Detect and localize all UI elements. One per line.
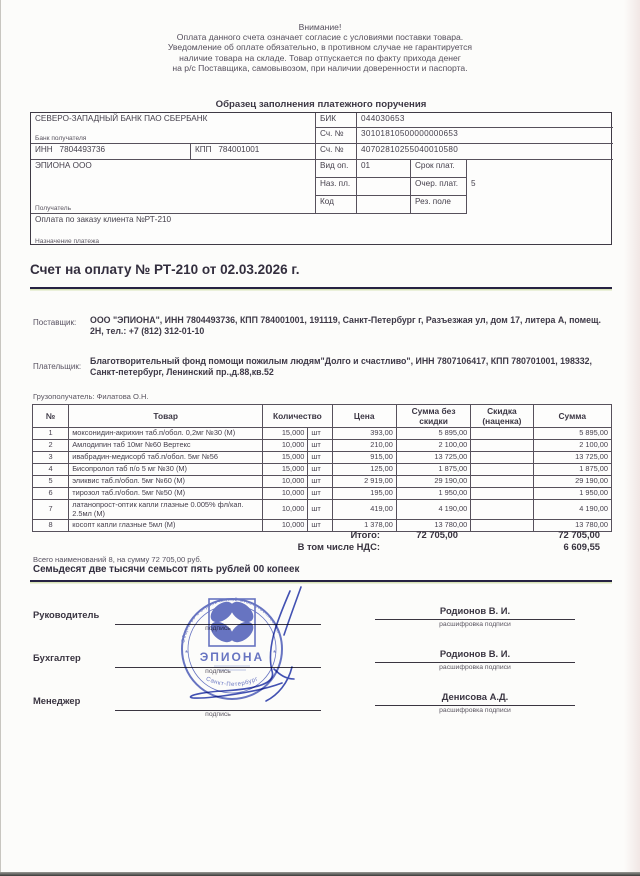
- cell-sum-no-discount: 1 950,00: [396, 488, 470, 500]
- naz-pl-label: Наз. пл.: [316, 178, 357, 196]
- cell-sum: 4 190,00: [533, 500, 611, 520]
- ocher-plat-label: Очер. плат.: [411, 178, 467, 196]
- cell-num: 4: [33, 464, 69, 476]
- vat-label: В том числе НДС:: [32, 541, 380, 553]
- cell-discount: [471, 488, 533, 500]
- signature-name-caption: расшифровка подписи: [375, 620, 575, 628]
- payee-caption: Получатель: [35, 205, 71, 212]
- cell-price: 419,00: [332, 500, 396, 520]
- corr-account-value: 30101810500000000653: [357, 128, 613, 144]
- table-row: 5эликвис таб.п/обол. 5мг №60 (М)10,000шт…: [33, 476, 612, 488]
- cell-num: 6: [33, 488, 69, 500]
- cell-num: 1: [33, 428, 69, 440]
- cell-name: тирозол таб.п/обол. 5мг №50 (М): [69, 488, 263, 500]
- cell-qty: 10,000: [263, 476, 308, 488]
- total-value: 72 705,00: [380, 529, 458, 541]
- signature-name-block: Денисова А.Д.расшифровка подписи: [375, 691, 575, 714]
- supplier-text: ООО "ЭПИОНА", ИНН 7804493736, КПП 784001…: [90, 315, 605, 337]
- amount-in-words: Семьдесят две тысячи семьсот пять рублей…: [33, 564, 299, 575]
- payee-name: ЭПИОНА ООО: [35, 161, 92, 170]
- cell-price: 915,00: [332, 452, 396, 464]
- header-name: Товар: [69, 405, 263, 428]
- payment-order-table: СЕВЕРО-ЗАПАДНЫЙ БАНК ПАО СБЕРБАНК Банк п…: [30, 112, 612, 245]
- cell-name: ивабрадин-медисорб таб.п/обол. 5мг №56: [69, 452, 263, 464]
- cell-price: 210,00: [332, 440, 396, 452]
- bank-name: СЕВЕРО-ЗАПАДНЫЙ БАНК ПАО СБЕРБАНК: [35, 114, 207, 123]
- vat-row: В том числе НДС: 6 609,55: [32, 541, 612, 553]
- srok-plat-label: Срок плат.: [411, 160, 467, 178]
- signature-name: Родионов В. И.: [375, 605, 575, 620]
- cell-price: 195,00: [332, 488, 396, 500]
- signature-name: Денисова А.Д.: [375, 691, 575, 706]
- warning-line: на р/с Поставщика, самовывозом, при нали…: [85, 63, 555, 73]
- cell-sum: 1 875,00: [533, 464, 611, 476]
- table-row: 4Бисопролол таб п/о 5 мг №30 (М)15,000шт…: [33, 464, 612, 476]
- cell-qty: 10,000: [263, 488, 308, 500]
- bik-label: БИК: [316, 113, 357, 128]
- cell-price: 393,00: [332, 428, 396, 440]
- cell-name: латанопрост-оптик капли глазные 0.005% ф…: [69, 500, 263, 520]
- rez-pole-value: [467, 196, 613, 214]
- vat-value: 6 609,55: [458, 541, 612, 553]
- account-label: Сч. №: [316, 144, 357, 160]
- totals-block: Итого: 72 705,00 72 705,00 В том числе Н…: [32, 529, 612, 553]
- items-header-row: № Товар Количество Цена Сумма без скидки…: [33, 405, 612, 428]
- vid-op-value: 01: [357, 160, 411, 178]
- cell-unit: шт: [308, 488, 332, 500]
- cell-qty: 10,000: [263, 500, 308, 520]
- inn-value: 7804493736: [60, 145, 106, 154]
- table-row: 2Амлодипин таб 10мг №60 Вертекс10,000шт2…: [33, 440, 612, 452]
- ocher-plat-value: 5: [467, 178, 613, 196]
- bank-caption: Банк получателя: [35, 135, 86, 142]
- bank-name-cell: СЕВЕРО-ЗАПАДНЫЙ БАНК ПАО СБЕРБАНК Банк п…: [31, 113, 316, 144]
- cell-qty: 15,000: [263, 452, 308, 464]
- invoice-title: Счет на оплату № РТ-210 от 02.03.2026 г.: [30, 262, 612, 277]
- scan-edge-right: [624, 0, 640, 876]
- signature-role: Руководитель: [33, 609, 99, 620]
- header-sum: Сумма: [533, 405, 611, 428]
- naz-pl-value: [357, 178, 411, 196]
- cell-sum-no-discount: 4 190,00: [396, 500, 470, 520]
- inn-label: ИНН: [35, 145, 53, 154]
- cell-unit: шт: [308, 464, 332, 476]
- inn-cell: ИНН 7804493736: [31, 144, 191, 160]
- bik-value: 044030653: [357, 113, 613, 128]
- cell-num: 5: [33, 476, 69, 488]
- cell-sum-no-discount: 1 875,00: [396, 464, 470, 476]
- scan-edge-bottom: [0, 872, 640, 876]
- cell-name: Амлодипин таб 10мг №60 Вертекс: [69, 440, 263, 452]
- cell-name: эликвис таб.п/обол. 5мг №60 (М): [69, 476, 263, 488]
- signature-name-caption: расшифровка подписи: [375, 663, 575, 671]
- cell-unit: шт: [308, 428, 332, 440]
- items-tbody: 1моксонидин-акрихин таб.п/обол. 0,2мг №3…: [33, 428, 612, 532]
- footer-rule: [30, 580, 612, 582]
- signature-role: Бухгалтер: [33, 652, 81, 663]
- title-rule: [30, 287, 612, 289]
- cell-unit: шт: [308, 476, 332, 488]
- payer-text: Благотворительный фонд помощи пожилым лю…: [90, 356, 605, 378]
- cell-name: Бисопролол таб п/о 5 мг №30 (М): [69, 464, 263, 476]
- payer-label: Плательщик:: [33, 362, 89, 371]
- srok-plat-value: [467, 160, 613, 178]
- kod-value: [357, 196, 411, 214]
- cell-sum: 5 895,00: [533, 428, 611, 440]
- purpose-caption: Назначение платежа: [35, 238, 99, 245]
- cell-qty: 10,000: [263, 440, 308, 452]
- warning-title: Внимание!: [85, 22, 555, 32]
- purpose-cell: Оплата по заказу клиента №РТ-210 Назначе…: [31, 214, 613, 246]
- cell-sum: 2 100,00: [533, 440, 611, 452]
- cell-sum-no-discount: 29 190,00: [396, 476, 470, 488]
- signature-name-block: Родионов В. И.расшифровка подписи: [375, 648, 575, 671]
- cell-num: 3: [33, 452, 69, 464]
- kpp-label: КПП: [195, 145, 212, 154]
- warning-line: Оплата данного счета означает согласие с…: [85, 32, 555, 42]
- cell-discount: [471, 500, 533, 520]
- table-row: 3ивабрадин-медисорб таб.п/обол. 5мг №561…: [33, 452, 612, 464]
- account-value: 40702810255040010580: [357, 144, 613, 160]
- warning-line: Уведомление об оплате обязательно, в про…: [85, 42, 555, 52]
- total-label: Итого:: [32, 529, 380, 541]
- cell-discount: [471, 440, 533, 452]
- cell-sum: 13 725,00: [533, 452, 611, 464]
- cell-sum-no-discount: 2 100,00: [396, 440, 470, 452]
- total-row: Итого: 72 705,00 72 705,00: [32, 529, 612, 541]
- cell-sum: 29 190,00: [533, 476, 611, 488]
- signature-role: Менеджер: [33, 695, 80, 706]
- header-price: Цена: [332, 405, 396, 428]
- cell-discount: [471, 476, 533, 488]
- scan-edge-left: [0, 0, 1, 876]
- supplier-label: Поставщик:: [33, 318, 89, 327]
- cell-discount: [471, 464, 533, 476]
- header-discount: Скидка (наценка): [471, 405, 533, 428]
- cell-price: 125,00: [332, 464, 396, 476]
- rez-pole-label: Рез. поле: [411, 196, 467, 214]
- signature-name-caption: расшифровка подписи: [375, 706, 575, 714]
- header-qty: Количество: [263, 405, 332, 428]
- cell-num: 7: [33, 500, 69, 520]
- cell-unit: шт: [308, 500, 332, 520]
- cell-sum-no-discount: 13 725,00: [396, 452, 470, 464]
- total-value-right: 72 705,00: [458, 529, 612, 541]
- header-sum-no-discount: Сумма без скидки: [396, 405, 470, 428]
- cell-name: моксонидин-акрихин таб.п/обол. 0,2мг №30…: [69, 428, 263, 440]
- cell-sum: 1 950,00: [533, 488, 611, 500]
- cell-price: 2 919,00: [332, 476, 396, 488]
- table-row: 1моксонидин-акрихин таб.п/обол. 0,2мг №3…: [33, 428, 612, 440]
- kpp-cell: КПП 784001001: [191, 144, 316, 160]
- warning-notice: Внимание! Оплата данного счета означает …: [85, 22, 555, 73]
- cell-qty: 15,000: [263, 428, 308, 440]
- vid-op-label: Вид оп.: [316, 160, 357, 178]
- cell-unit: шт: [308, 452, 332, 464]
- consignee-text: Грузополучатель: Филатова О.Н.: [33, 392, 149, 401]
- handwritten-signature: [170, 583, 330, 721]
- cell-num: 2: [33, 440, 69, 452]
- cell-discount: [471, 428, 533, 440]
- signature-name: Родионов В. И.: [375, 648, 575, 663]
- items-table: № Товар Количество Цена Сумма без скидки…: [32, 404, 612, 532]
- payee-cell: ЭПИОНА ООО Получатель: [31, 160, 316, 214]
- kod-label: Код: [316, 196, 357, 214]
- cell-unit: шт: [308, 440, 332, 452]
- table-row: 7латанопрост-оптик капли глазные 0.005% …: [33, 500, 612, 520]
- purpose-text: Оплата по заказу клиента №РТ-210: [35, 215, 171, 224]
- warning-line: наличие товара на складе. Товар отпускае…: [85, 53, 555, 63]
- cell-sum-no-discount: 5 895,00: [396, 428, 470, 440]
- kpp-value: 784001001: [218, 145, 259, 154]
- cell-qty: 15,000: [263, 464, 308, 476]
- payment-order-header: Образец заполнения платежного поручения: [30, 99, 612, 110]
- signature-name-block: Родионов В. И.расшифровка подписи: [375, 605, 575, 628]
- cell-discount: [471, 452, 533, 464]
- header-num: №: [33, 405, 69, 428]
- items-count-line: Всего наименований 8, на сумму 72 705,00…: [33, 555, 202, 564]
- corr-account-label: Сч. №: [316, 128, 357, 144]
- vat-spacer: [380, 541, 458, 553]
- table-row: 6тирозол таб.п/обол. 5мг №50 (М)10,000шт…: [33, 488, 612, 500]
